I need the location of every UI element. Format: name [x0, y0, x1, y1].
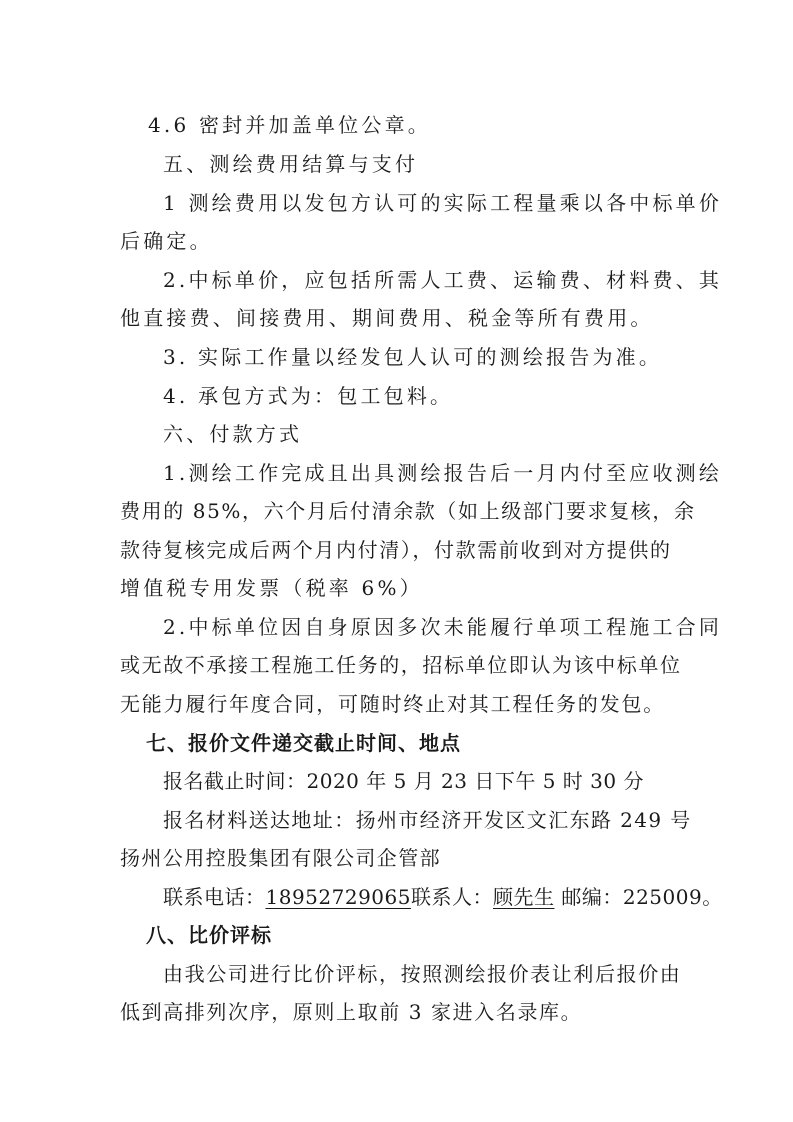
- section-5-item-4: 4. 承包方式为：包工包料。: [163, 384, 723, 408]
- section-6-item-1-line-4: 增值税专用发票（税率 6%）: [120, 576, 720, 600]
- section-5-heading: 五、测绘费用结算与支付: [163, 152, 763, 176]
- postcode-label: 邮编：: [561, 885, 623, 909]
- postcode: 225009。: [623, 885, 723, 909]
- section-6-item-1-line-3: 款待复核完成后两个月内付清），付款需前收到对方提供的: [120, 538, 720, 562]
- phone-label: 联系电话：: [163, 885, 266, 909]
- document-page: 4.6 密封并加盖单位公章。 五、测绘费用结算与支付 1 测绘费用以发包方认可的…: [0, 0, 793, 1122]
- section-5-item-1-line-2: 后确定。: [120, 229, 720, 253]
- section-6-heading: 六、付款方式: [163, 422, 723, 446]
- section-6-item-2-line-2: 或无故不承接工程施工任务的，招标单位即认为该中标单位: [120, 653, 720, 677]
- section-5-item-1-line-1: 1 测绘费用以发包方认可的实际工程量乘以各中标单价: [163, 191, 723, 215]
- section-6-item-2-line-3: 无能力履行年度合同，可随时终止对其工程任务的发包。: [120, 692, 720, 716]
- contact-person: 顾先生: [493, 885, 555, 909]
- delivery-address-line-2: 扬州公用控股集团有限公司企管部: [120, 846, 720, 870]
- section-8-body-line-2: 低到高排列次序，原则上取前 3 家进入名录库。: [120, 1000, 720, 1024]
- section-5-item-2-line-2: 他直接费、间接费用、期间费用、税金等所有费用。: [120, 306, 720, 330]
- delivery-address-line-1: 报名材料送达地址：扬州市经济开发区文汇东路 249 号: [163, 808, 723, 832]
- contact-line: 联系电话：18952729065联系人：顾先生 邮编：225009。: [163, 885, 763, 909]
- section-6-item-2-line-1: 2.中标单位因自身原因多次未能履行单项工程施工合同: [163, 615, 723, 639]
- section-5-item-3: 3. 实际工作量以经发包人认可的测绘报告为准。: [163, 345, 723, 369]
- section-8-heading: 八、比价评标: [146, 923, 746, 947]
- section-6-item-1-line-1: 1.测绘工作完成且出具测绘报告后一月内付至应收测绘: [163, 461, 723, 485]
- section-6-item-1-line-2: 费用的 85%，六个月后付清余款（如上级部门要求复核，余: [120, 499, 720, 523]
- section-8-body-line-1: 由我公司进行比价评标，按照测绘报价表让利后报价由: [163, 962, 723, 986]
- clause-4-6: 4.6 密封并加盖单位公章。: [148, 113, 748, 137]
- section-7-heading: 七、报价文件递交截止时间、地点: [146, 731, 746, 755]
- contact-person-label: 联系人：: [411, 885, 493, 909]
- registration-deadline: 报名截止时间：2020 年 5 月 23 日下午 5 时 30 分: [163, 769, 723, 793]
- contact-phone: 18952729065: [266, 885, 411, 909]
- section-5-item-2-line-1: 2.中标单价，应包括所需人工费、运输费、材料费、其: [163, 268, 723, 292]
